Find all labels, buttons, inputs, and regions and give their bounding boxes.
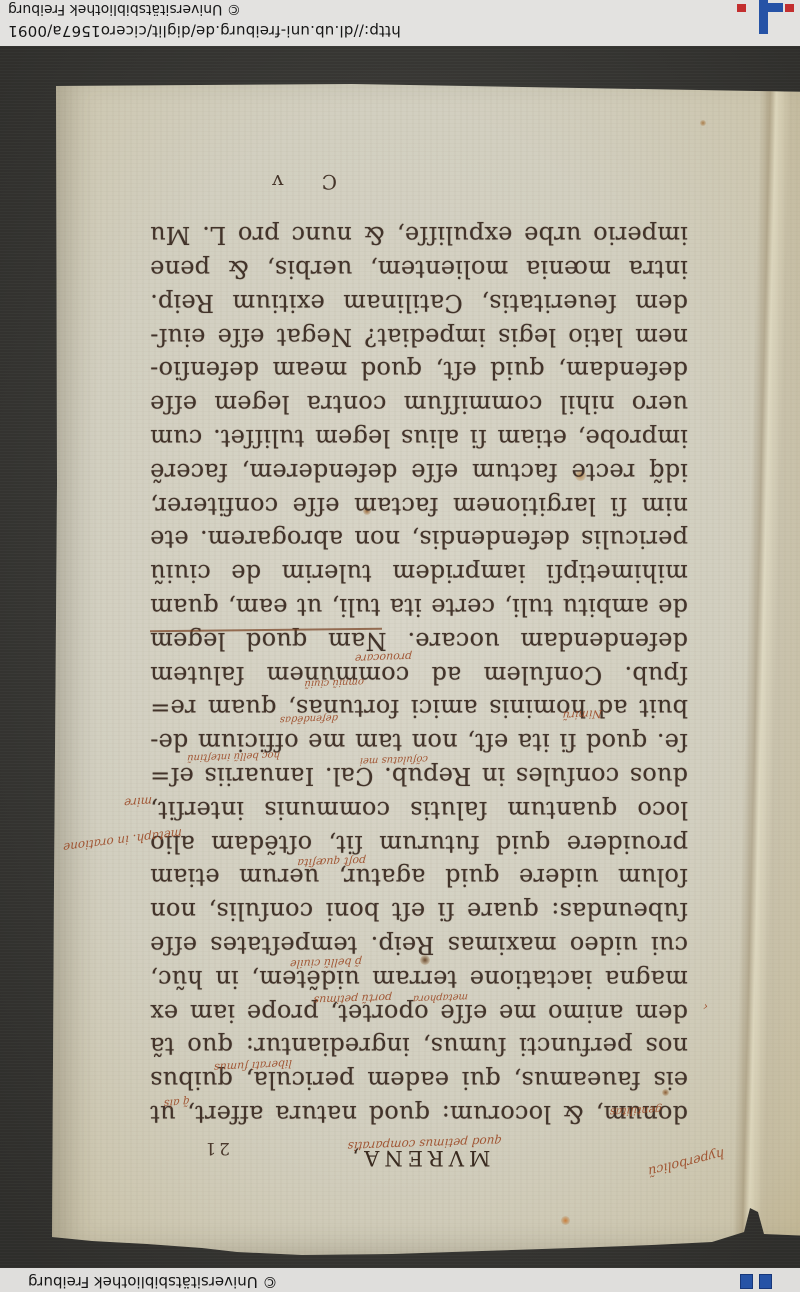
text-line: uero nihil commiſſum contra legem eſſe: [150, 386, 688, 420]
source-url-flipped: http://dl.ub.uni-freiburg.de/diglit/cice…: [8, 22, 401, 40]
folio-number: 21: [202, 1138, 230, 1158]
text-line: de ambitu tuli, certe ita tuli, ut eam, …: [150, 589, 688, 623]
logo-fragment-square-1: [740, 1274, 753, 1289]
text-line: cui uideo maximas Reip. tempeſtates eſſe: [150, 927, 688, 961]
copyright-text-flipped: © Universitätsbibliothek Freiburg: [8, 1, 241, 17]
text-line: mihimetipſi iampridem tulerim de ciuiũ: [150, 555, 688, 589]
logo-blue-stem: [759, 0, 768, 34]
ub-freiburg-logo-fragment-icon: [740, 1274, 780, 1288]
marginal-note: portũ petimus: [313, 991, 392, 1007]
signature-mark: C v: [247, 170, 337, 194]
book-page: MVRENA, 21 donum, & locorum: quod natura…: [52, 84, 800, 1264]
copyright-bottom-flipped: © Universitätsbibliothek Freiburg: [28, 1273, 277, 1291]
marginal-note: prouocare: [354, 650, 412, 665]
text-line: nim ſi largitionem factam eſſe confitere…: [150, 488, 688, 522]
source-url-text: http://dl.ub.uni-freiburg.de/diglit/cice…: [8, 22, 401, 40]
logo-red-dash-left: [737, 4, 746, 12]
marginal-note: ‹: [702, 1000, 708, 1014]
text-line: ſpub. Conſulem ad communem ſalutem: [150, 657, 688, 691]
marginal-note: defendẽdas: [279, 712, 338, 725]
screenshot-stage: © Universitätsbibliothek Freiburg http:/…: [0, 0, 800, 1292]
scan-background: MVRENA, 21 donum, & locorum: quod natura…: [0, 46, 800, 1268]
marginal-note: poſt quæſita: [297, 854, 367, 869]
text-line: periculis defendendis, non abrogarem. et…: [150, 522, 688, 556]
text-line: defendendam uocare. Nam quod legem: [150, 623, 688, 657]
watermark-bar-bottom: © Universitätsbibliothek Freiburg: [0, 1268, 800, 1292]
text-line: improbe, etiam ſi alius legem tuliſſet. …: [150, 420, 688, 454]
marginal-note: Nimirũ: [562, 707, 602, 722]
ub-freiburg-logo-icon: [722, 0, 794, 42]
text-line: dem ſeueritatis, Catilinam exitium Reip.: [150, 285, 688, 319]
text-line: buit ad hominis amici fortunas, quam re=: [150, 691, 688, 725]
text-line: defendam, quid eſt, quod meam defenſio-: [150, 353, 688, 387]
text-line: nos perfuncti ſumus, ingrediantur: quo t…: [150, 1029, 688, 1063]
text-line: intra mœnia molientem, uerbis, & pene: [150, 251, 688, 285]
logo-red-dash-right: [785, 4, 794, 12]
text-line: magna iactatione terram uidẽtem, in hũc,: [150, 961, 688, 995]
logo-fragment-square-2: [759, 1274, 772, 1289]
copyright-text-top: © Universitätsbibliothek Freiburg: [8, 1, 241, 17]
marginal-note: omniũ ciuiũ: [304, 676, 364, 689]
text-line: loco quantum ſalutis communis interſit,: [150, 792, 688, 826]
marginal-note: mire: [124, 794, 152, 810]
page-content-rotated: MVRENA, 21 donum, & locorum: quod natura…: [52, 84, 800, 1264]
text-line: nem latio legis impediat? Negat eſſe eiu…: [150, 319, 688, 353]
marginal-note: q̃ ais: [164, 1095, 190, 1110]
watermark-bar-top: © Universitätsbibliothek Freiburg http:/…: [0, 0, 800, 47]
marginal-note: metaphora: [413, 991, 469, 1004]
marginal-note: gentilitas: [609, 1103, 662, 1119]
marginal-note: p̃ bellũ ciuile: [290, 955, 363, 971]
text-line: imperio urbe expuliſſe, & nunc pro L. Mu: [150, 217, 688, 251]
copyright-text-bottom: © Universitätsbibliothek Freiburg: [28, 1273, 277, 1291]
text-line: donum, & locorum: quod natura affert, ut: [150, 1096, 688, 1130]
logo-blue-crossbar: [768, 3, 783, 12]
text-line: ſubeundas: quare ſi eſt boni conſulis, n…: [150, 893, 688, 927]
text-line: idq̃ recte factum eſſe defenderem, facer…: [150, 454, 688, 488]
text-line: ſolum uidere quid agatur, uerum etiam: [150, 860, 688, 894]
text-line: prouidere quid futurum ſit, oſtẽdam alio: [150, 826, 688, 860]
